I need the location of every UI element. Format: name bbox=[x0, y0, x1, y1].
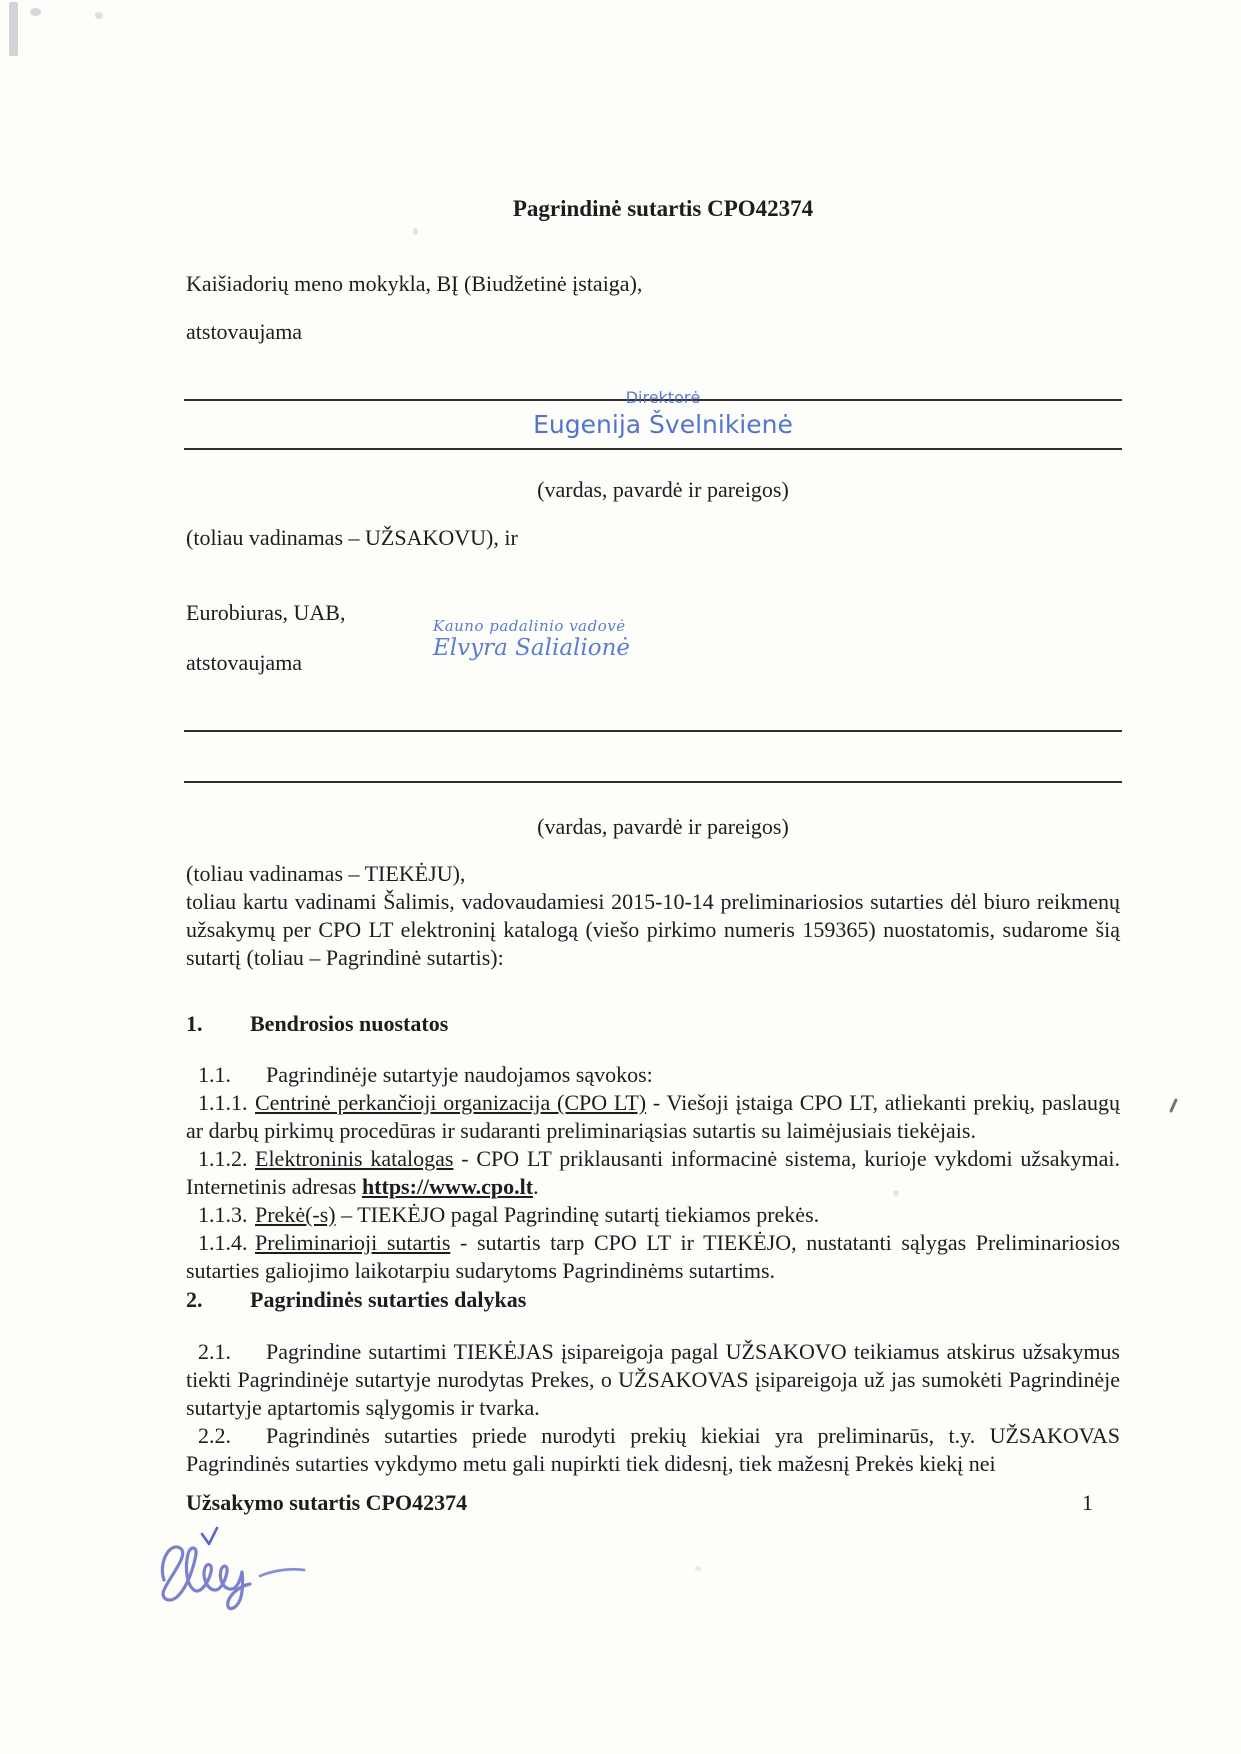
signature-line bbox=[184, 730, 1122, 732]
document-title: Pagrindinė sutartis CPO42374 bbox=[186, 196, 1140, 222]
section-title: Bendrosios nuostatos bbox=[250, 1011, 448, 1036]
clause-2-2: 2.2.Pagrindinės sutarties priede nurodyt… bbox=[186, 1422, 1120, 1478]
clause-text: https://www.cpo.lt bbox=[362, 1174, 533, 1199]
represented-by-label: atstovaujama bbox=[186, 649, 1120, 677]
pen-mark-artifact bbox=[1169, 1098, 1178, 1113]
clause-number: 1.1.1. bbox=[198, 1089, 255, 1117]
footer-label: Užsakymo sutartis CPO42374 bbox=[186, 1490, 1120, 1516]
clause-text: Preliminarioji sutartis bbox=[255, 1230, 450, 1255]
clause-text: – TIEKĖJO pagal Pagrindinę sutartį tieki… bbox=[336, 1202, 819, 1227]
clause-1-1-1: 1.1.1.Centrinė perkančioji organizacija … bbox=[186, 1089, 1120, 1145]
section-heading-2: 2.Pagrindinės sutarties dalykas bbox=[186, 1286, 1120, 1314]
supplier-alias: (toliau vadinamas – TIEKĖJU), bbox=[186, 860, 1120, 888]
supplier-stamp-role: Kauno padalinio vadovė bbox=[433, 617, 630, 635]
scan-artifact bbox=[30, 8, 41, 16]
section-number: 1. bbox=[186, 1010, 250, 1038]
handwritten-signature bbox=[150, 1522, 360, 1627]
clause-text: Pagrindinėje sutartyje naudojamos sąvoko… bbox=[266, 1062, 653, 1087]
section-1-clauses: 1.1.Pagrindinėje sutartyje naudojamos są… bbox=[186, 1061, 1120, 1285]
signature-line bbox=[184, 448, 1122, 450]
clause-number: 1.1.2. bbox=[198, 1145, 255, 1173]
clause-1-1-4: 1.1.4.Preliminarioji sutartis - sutartis… bbox=[186, 1229, 1120, 1285]
scan-artifact bbox=[413, 228, 418, 235]
section-heading-1: 1.Bendrosios nuostatos bbox=[186, 1010, 1120, 1038]
clause-1-1: 1.1.Pagrindinėje sutartyje naudojamos są… bbox=[186, 1061, 1120, 1089]
name-caption: (vardas, pavardė ir pareigos) bbox=[186, 476, 1140, 504]
scan-artifact bbox=[95, 12, 103, 19]
scanned-contract-page: Pagrindinė sutartis CPO42374 Kaišiadorių… bbox=[0, 0, 1241, 1754]
section-number: 2. bbox=[186, 1286, 250, 1314]
scan-artifact bbox=[695, 1566, 701, 1571]
clause-text: . bbox=[533, 1174, 539, 1199]
clause-number: 1.1.3. bbox=[198, 1201, 255, 1229]
clause-2-1: 2.1.Pagrindine sutartimi TIEKĖJAS įsipar… bbox=[186, 1338, 1120, 1422]
clause-text: Centrinė perkančioji organizacija (CPO L… bbox=[255, 1090, 646, 1115]
signature-line bbox=[184, 781, 1122, 783]
clause-text: Pagrindinės sutarties priede nurodyti pr… bbox=[186, 1423, 1120, 1476]
represented-by-label: atstovaujama bbox=[186, 318, 1120, 346]
clause-number: 2.2. bbox=[198, 1422, 266, 1450]
intro-block: (toliau vadinamas – TIEKĖJU), toliau kar… bbox=[186, 860, 1120, 972]
scan-artifact bbox=[9, 2, 18, 56]
clause-number: 1.1.4. bbox=[198, 1229, 255, 1257]
intro-paragraph: toliau kartu vadinami Šalimis, vadovauda… bbox=[186, 888, 1120, 972]
clause-number: 1.1. bbox=[198, 1061, 266, 1089]
clause-text: Prekė(-s) bbox=[255, 1202, 336, 1227]
name-caption: (vardas, pavardė ir pareigos) bbox=[186, 813, 1140, 841]
section-2-clauses: 2.1.Pagrindine sutartimi TIEKĖJAS įsipar… bbox=[186, 1338, 1120, 1478]
buyer-stamp-name: Eugenija Švelnikienė bbox=[186, 410, 1140, 439]
clause-number: 2.1. bbox=[198, 1338, 266, 1366]
buyer-name: Kaišiadorių meno mokykla, BĮ (Biudžetinė… bbox=[186, 270, 1120, 298]
page-number: 1 bbox=[1082, 1490, 1106, 1516]
buyer-alias: (toliau vadinamas – UŽSAKOVU), ir bbox=[186, 524, 1120, 552]
clause-1-1-2: 1.1.2.Elektroninis katalogas - CPO LT pr… bbox=[186, 1145, 1120, 1201]
clause-text: Elektroninis katalogas bbox=[255, 1146, 453, 1171]
clause-1-1-3: 1.1.3.Prekė(-s) – TIEKĖJO pagal Pagrindi… bbox=[186, 1201, 1120, 1229]
supplier-name: Eurobiuras, UAB, bbox=[186, 599, 1120, 627]
section-title: Pagrindinės sutarties dalykas bbox=[250, 1287, 526, 1312]
clause-text: Pagrindine sutartimi TIEKĖJAS įsipareigo… bbox=[186, 1339, 1120, 1420]
buyer-stamp-role: Direktorė bbox=[186, 388, 1140, 407]
